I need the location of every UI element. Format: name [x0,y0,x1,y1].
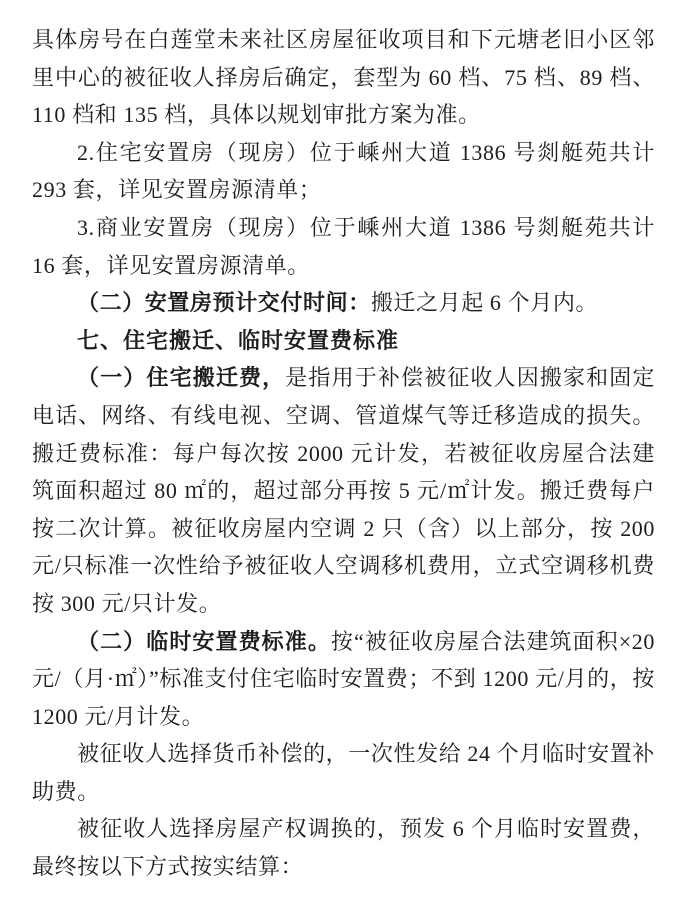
paragraph-property-rights-exchange-option: 被征收人选择房屋产权调换的，预发 6 个月临时安置费，最终按以下方式按实结算： [32,810,655,885]
paragraph-residential-moving-fee: （一）住宅搬迁费，是指用于补偿被征收人因搬家和固定电话、网络、有线电视、空调、管… [32,359,655,622]
text-run: 3.商业安置房（现房）位于嵊州大道 1386 号剡艇苑共计 16 套，详见安置房… [32,215,655,278]
document-body: 具体房号在白莲堂未来社区房屋征收项目和下元塘老旧小区邻里中心的被征收人择房后确定… [32,21,655,886]
paragraph-house-number-continuation: 具体房号在白莲堂未来社区房屋征收项目和下元塘老旧小区邻里中心的被征收人择房后确定… [32,21,655,134]
bold-text-run: （一）住宅搬迁费， [77,365,285,390]
text-run: 被征收人选择房屋产权调换的，预发 6 个月临时安置费，最终按以下方式按实结算： [32,816,655,879]
paragraph-item3-commercial-resettlement-housing: 3.商业安置房（现房）位于嵊州大道 1386 号剡艇苑共计 16 套，详见安置房… [32,209,655,284]
text-run: 搬迁之月起 6 个月内。 [371,290,598,315]
paragraph-monetary-compensation-option: 被征收人选择货币补偿的，一次性发给 24 个月临时安置补助费。 [32,735,655,810]
bold-text-run: （二）临时安置费标准。 [77,629,331,654]
paragraph-temporary-resettlement-fee-standard: （二）临时安置费标准。按“被征收房屋合法建筑面积×20 元/（月·㎡）”标准支付… [32,623,655,736]
document-page: 具体房号在白莲堂未来社区房屋征收项目和下元塘老旧小区邻里中心的被征收人择房后确定… [0,0,685,903]
bold-text-run: 七、住宅搬迁、临时安置费标准 [77,328,399,353]
text-run: 2.住宅安置房（现房）位于嵊州大道 1386 号剡艇苑共计 293 套，详见安置… [32,140,655,203]
section-heading-seven-relocation-fee-standards: 七、住宅搬迁、临时安置费标准 [32,322,655,360]
paragraph-expected-delivery-time: （二）安置房预计交付时间：搬迁之月起 6 个月内。 [32,284,655,322]
text-run: 是指用于补偿被征收人因搬家和固定电话、网络、有线电视、空调、管道煤气等迁移造成的… [32,365,655,616]
bold-text-run: （二）安置房预计交付时间： [77,290,371,315]
text-run: 具体房号在白莲堂未来社区房屋征收项目和下元塘老旧小区邻里中心的被征收人择房后确定… [32,27,655,127]
paragraph-item2-residential-resettlement-housing: 2.住宅安置房（现房）位于嵊州大道 1386 号剡艇苑共计 293 套，详见安置… [32,134,655,209]
text-run: 被征收人选择货币补偿的，一次性发给 24 个月临时安置补助费。 [32,741,655,804]
